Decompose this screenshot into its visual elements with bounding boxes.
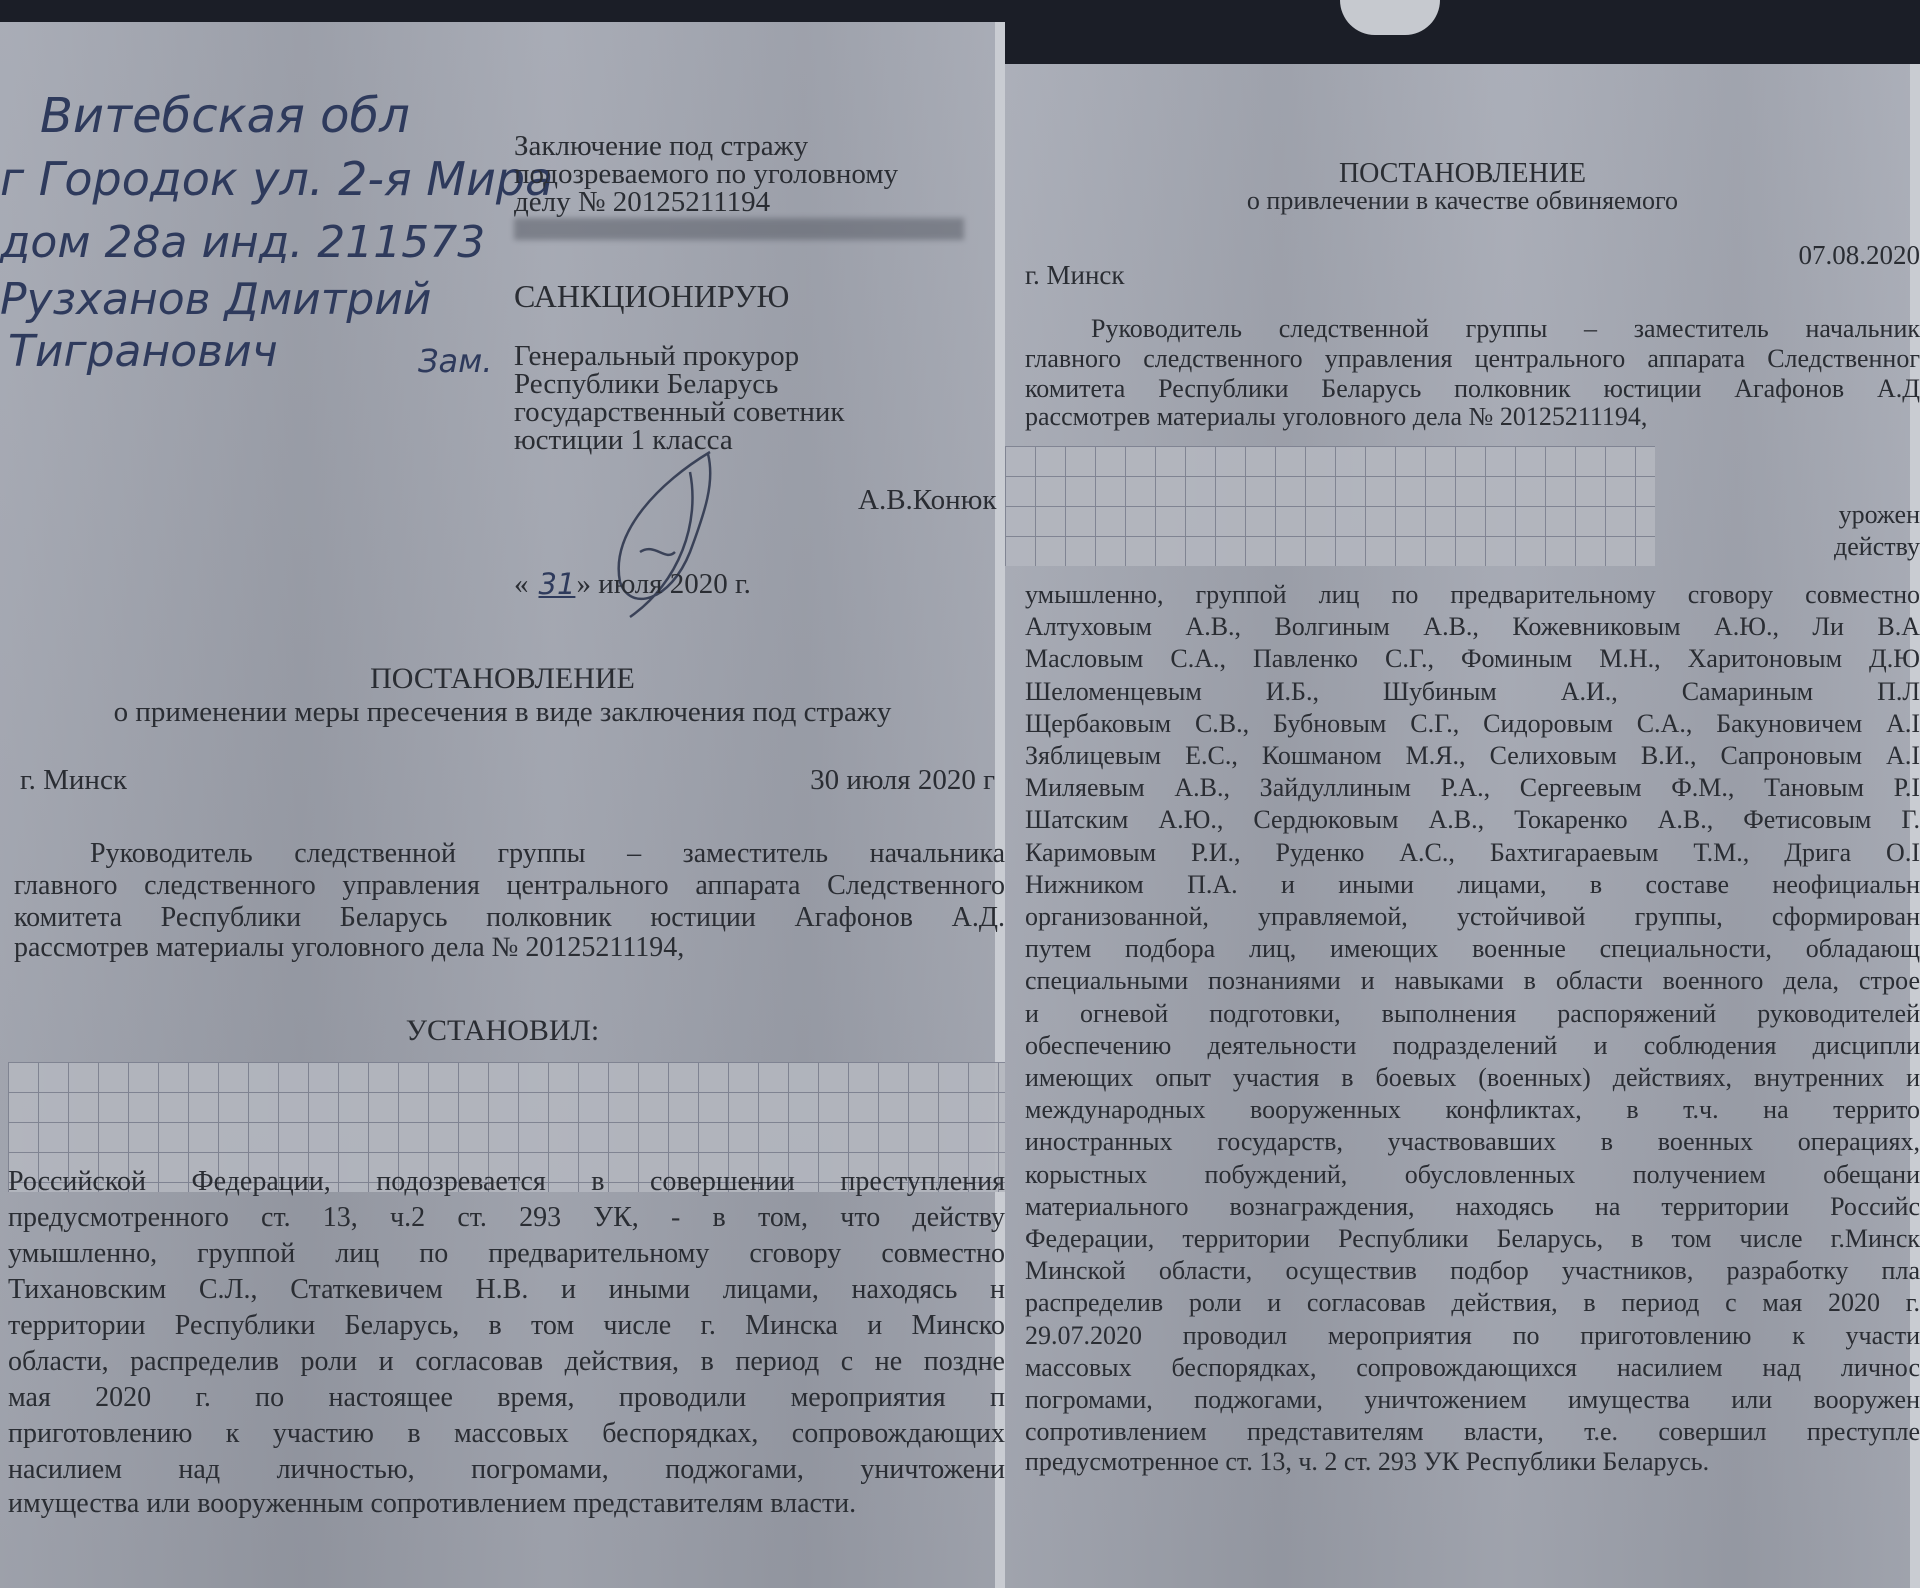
text-line: территории Республики Беларусь, в том чи…	[8, 1310, 1005, 1342]
sanction-date: «31» июля 2020 г.	[514, 570, 751, 599]
text-line: Шеломенцевым И.Б., Шубиным А.И., Самарин…	[1025, 677, 1920, 707]
text-fragment: урожен	[1839, 502, 1920, 528]
header-line: Заключение под стражу	[514, 132, 808, 161]
text-line: рассмотрев материалы уголовного дела № 2…	[1025, 404, 1647, 430]
text-line: насилием над личностью, погромами, поджо…	[8, 1454, 1005, 1486]
approver-name: А.В.Конюк	[858, 486, 996, 515]
text-line: погромами, поджогами, уничтожением имуще…	[1025, 1385, 1920, 1415]
text-line: мая 2020 г. по настоящее время, проводил…	[8, 1382, 1005, 1414]
document-title: ПОСТАНОВЛЕНИЕ	[1005, 160, 1920, 188]
text-line: имеющих опыт участия в боевых (военных) …	[1025, 1063, 1920, 1093]
text-line: умышленно, группой лиц по предварительно…	[8, 1238, 1005, 1270]
text-line: Алтуховым А.В., Волгиным А.В., Кожевнико…	[1025, 612, 1920, 642]
established-label: УСТАНОВИЛ:	[0, 1016, 1005, 1046]
text-line: 29.07.2020 проводил мероприятия по приго…	[1025, 1321, 1920, 1351]
text-line: материального вознаграждения, находясь н…	[1025, 1192, 1920, 1222]
text-line: комитета Республики Беларусь полковник ю…	[1025, 374, 1920, 404]
document-right: ПОСТАНОВЛЕНИЕ о привлечении в качестве о…	[1005, 64, 1920, 1588]
text-line: Руководитель следственной группы – замес…	[1091, 314, 1920, 344]
text-line: предусмотренное ст. 13, ч. 2 ст. 293 УК …	[1025, 1449, 1709, 1475]
graph-paper-cover	[1005, 446, 1655, 566]
document-date: 07.08.2020	[1799, 242, 1920, 269]
text-line: корыстных побуждений, обусловленных полу…	[1025, 1160, 1920, 1190]
text-line: Минской области, осуществив подбор участ…	[1025, 1256, 1920, 1286]
text-line: Тихановским С.Л., Статкевичем Н.В. и ины…	[8, 1274, 1005, 1306]
text-line: иностранных государств, участвовавших в …	[1025, 1127, 1920, 1157]
text-line: умышленно, группой лиц по предварительно…	[1025, 580, 1920, 610]
text-line: рассмотрев материалы уголовного дела № 2…	[14, 934, 684, 962]
sanction-date-text: » июля 2020 г.	[577, 568, 751, 600]
signature-icon	[590, 442, 760, 642]
text-line: приготовлению к участию в массовых беспо…	[8, 1418, 1005, 1450]
header-line: делу № 20125211194	[514, 188, 770, 217]
background-object	[1340, 0, 1440, 35]
document-subtitle: о применении меры пресечения в виде закл…	[0, 698, 1005, 727]
handwritten-prefix: Зам.	[418, 342, 492, 380]
header-line: подозреваемого по уголовному	[514, 160, 898, 189]
handwritten-line: дом 28а инд. 211573	[0, 217, 485, 268]
text-line: главного следственного управления центра…	[14, 870, 1005, 902]
text-line: главного следственного управления центра…	[1025, 344, 1920, 374]
text-line: сопротивлением представителям власти, т.…	[1025, 1417, 1920, 1447]
text-line: обеспечению деятельности подразделений и…	[1025, 1031, 1920, 1061]
document-city: г. Минск	[1025, 262, 1125, 289]
text-line: Руководитель следственной группы – замес…	[90, 838, 1005, 870]
approver-line: Генеральный прокурор	[514, 342, 799, 371]
text-line: Нижником П.А. и иными лицами, в составе …	[1025, 870, 1920, 900]
sanction-day: 31	[529, 570, 586, 599]
text-line: области, распределив роли и согласовав д…	[8, 1346, 1005, 1378]
document-date: 30 июля 2020 г	[810, 766, 995, 795]
text-line: Щербаковым С.В., Бубновым С.Г., Сидоровы…	[1025, 709, 1920, 739]
text-line: путем подбора лиц, имеющих военные специ…	[1025, 934, 1920, 964]
text-line: организованной, управляемой, устойчивой …	[1025, 902, 1920, 932]
text-line: предусмотренного ст. 13, ч.2 ст. 293 УК,…	[8, 1202, 1005, 1234]
redacted-name	[514, 218, 964, 240]
handwritten-line: Тигранович	[8, 326, 278, 377]
handwritten-line: г Городок ул. 2-я Мира	[0, 152, 553, 206]
text-line: имущества или вооруженным сопротивлением…	[8, 1490, 856, 1518]
text-line: распределив роли и согласовав действия, …	[1025, 1288, 1920, 1318]
text-line: и огневой подготовки, выполнения распоря…	[1025, 999, 1920, 1029]
handwritten-line: Витебская обл	[40, 88, 410, 144]
text-line: международных вооруженных конфликтах, в …	[1025, 1095, 1920, 1125]
text-line: Федерации, территории Республики Беларус…	[1025, 1224, 1920, 1254]
sanction-label: САНКЦИОНИРУЮ	[514, 280, 789, 312]
document-subtitle: о привлечении в качестве обвиняемого	[1005, 188, 1920, 214]
text-line: комитета Республики Беларусь полковник ю…	[14, 902, 1005, 934]
text-line: массовых беспорядках, сопровождающихся н…	[1025, 1353, 1920, 1383]
text-fragment: действу	[1834, 534, 1920, 560]
approver-line: государственный советник	[514, 398, 844, 427]
text-line: Масловым С.А., Павленко С.Г., Фоминым М.…	[1025, 644, 1920, 674]
text-line: Шатским А.Ю., Сердюковым А.В., Токаренко…	[1025, 805, 1920, 835]
handwritten-line: Рузханов Дмитрий	[0, 274, 432, 325]
text-line: Зяблицевым Е.С., Кошманом М.Я., Селиховы…	[1025, 741, 1920, 771]
document-left: Витебская обл г Городок ул. 2-я Мира дом…	[0, 22, 1005, 1588]
approver-line: Республики Беларусь	[514, 370, 778, 399]
document-city: г. Минск	[20, 766, 127, 795]
text-line: специальными познаниями и навыками в обл…	[1025, 966, 1920, 996]
text-line: Российской Федерации, подозревается в со…	[8, 1166, 1005, 1198]
text-line: Миляевым А.В., Зайдуллиным Р.А., Сергеев…	[1025, 773, 1920, 803]
text-line: Каримовым Р.И., Руденко А.С., Бахтигарае…	[1025, 838, 1920, 868]
document-title: ПОСТАНОВЛЕНИЕ	[0, 664, 1005, 694]
